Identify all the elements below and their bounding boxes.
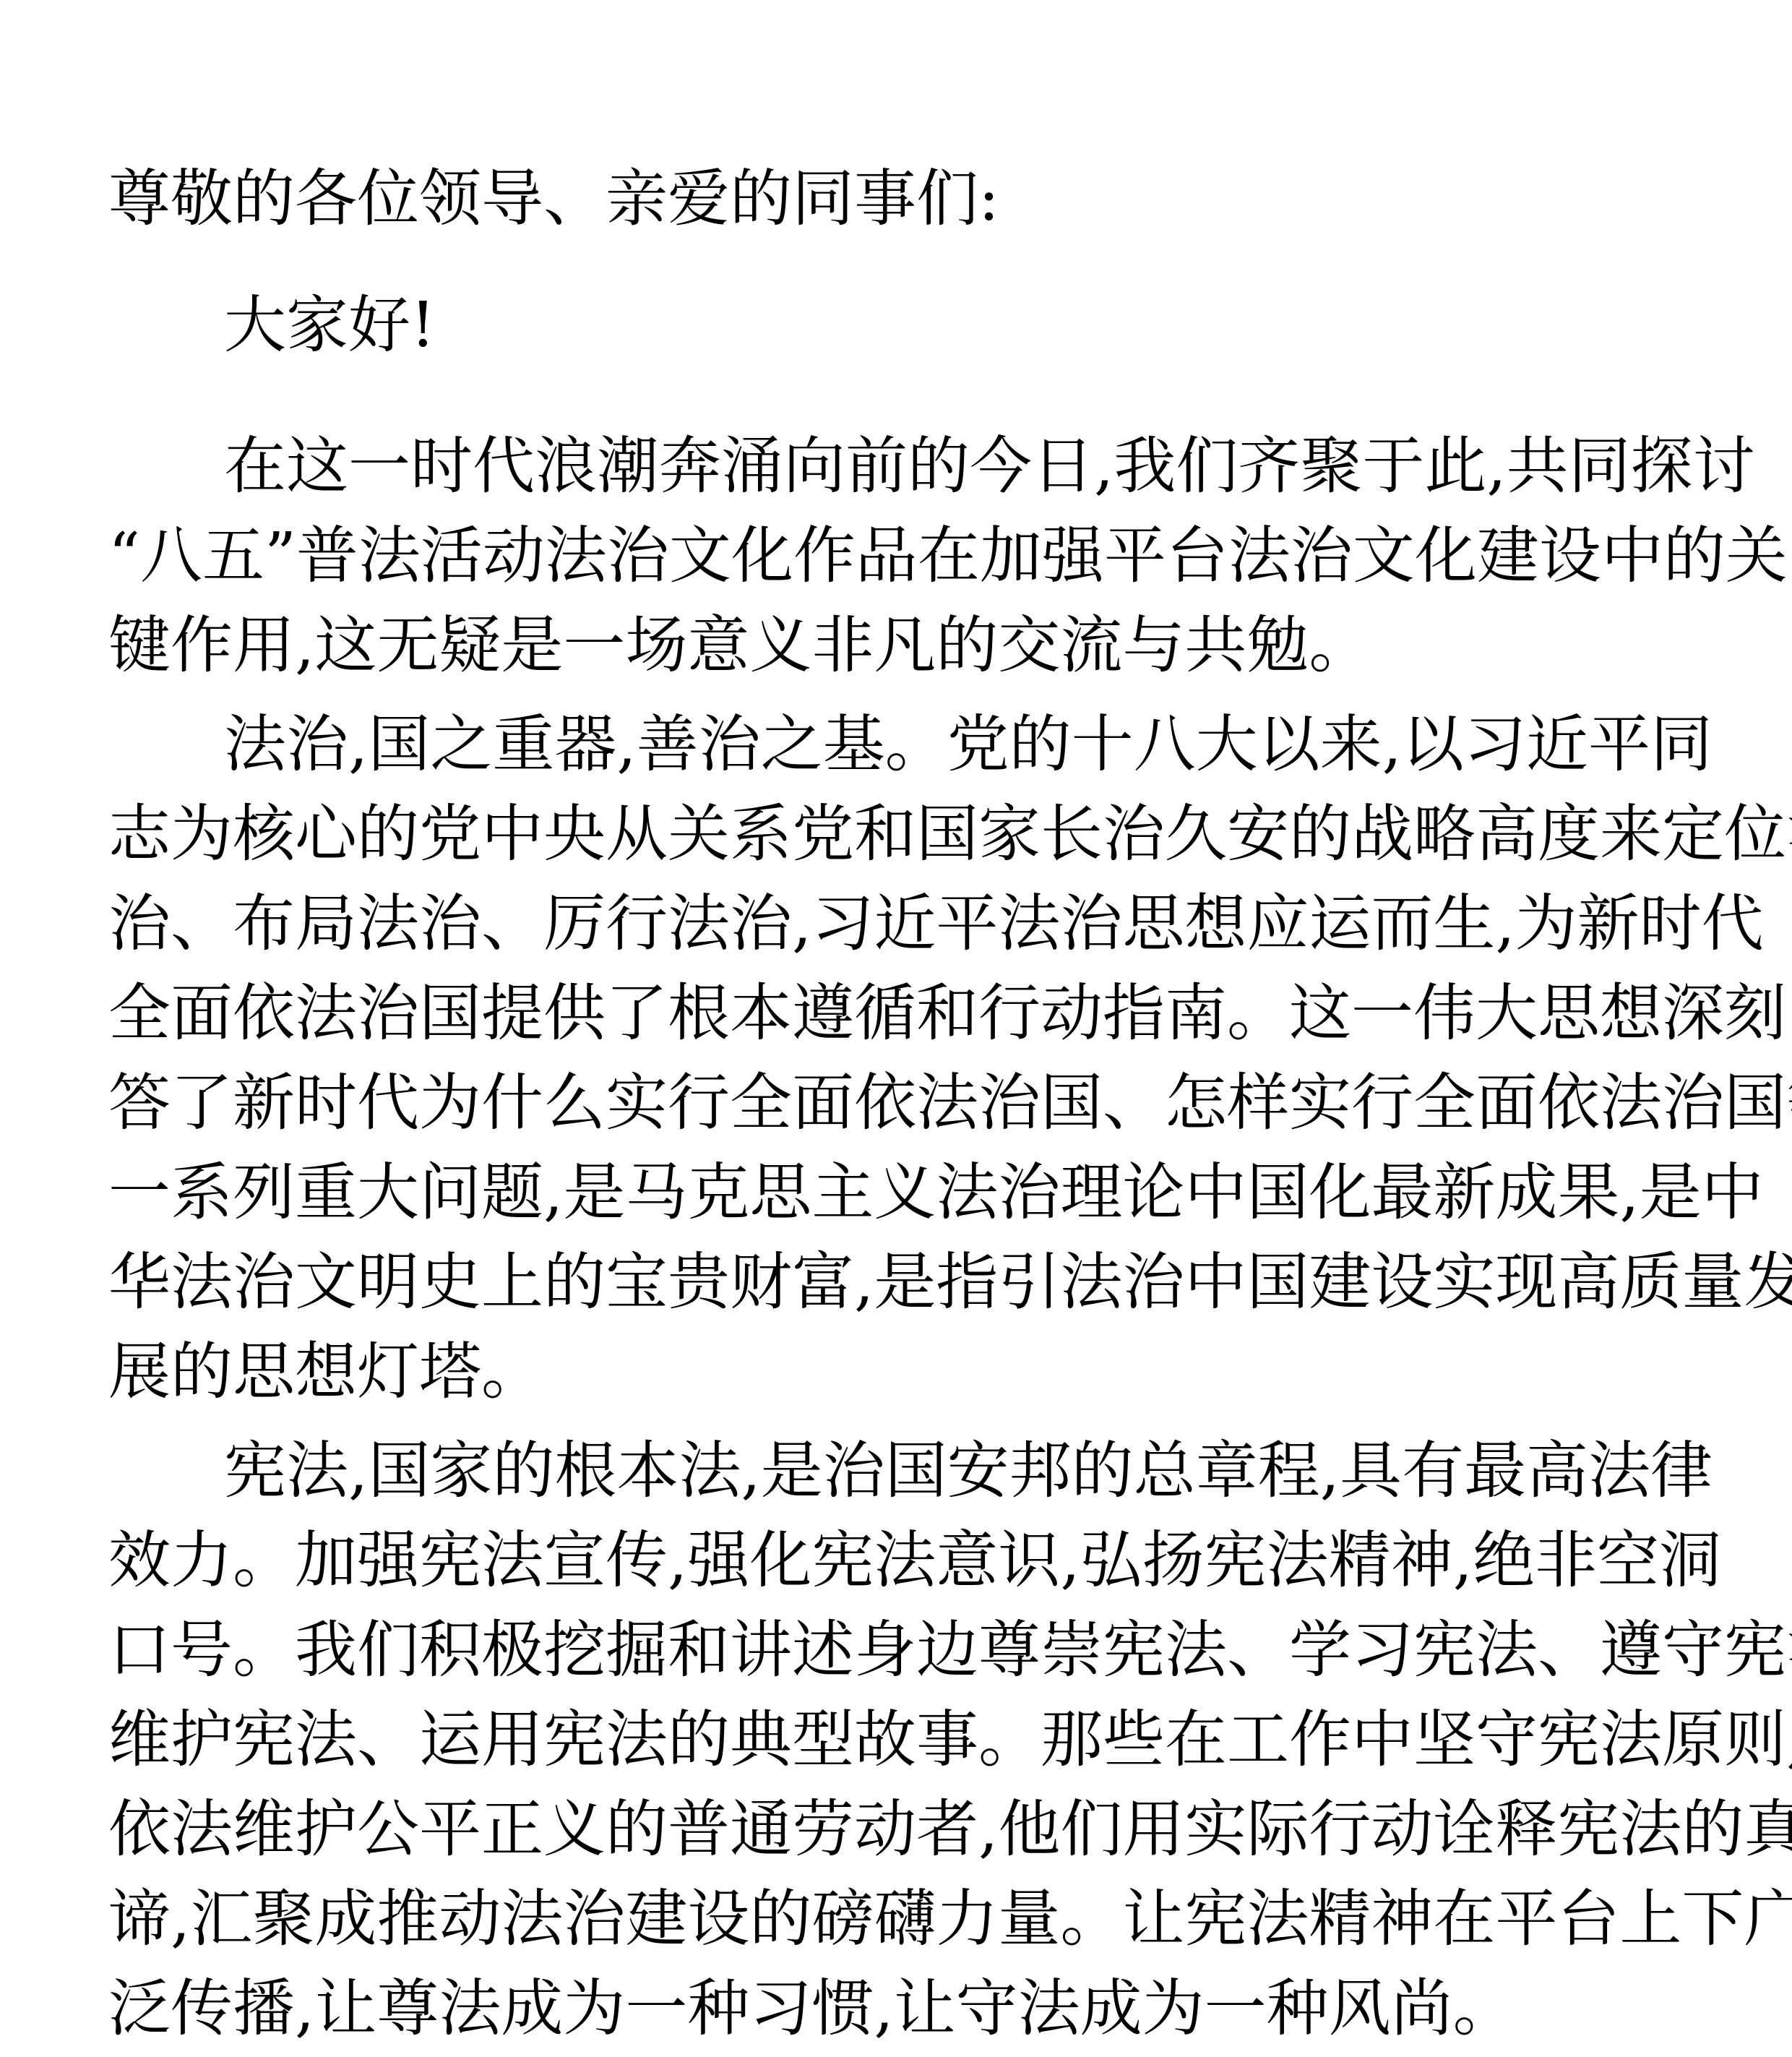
paragraph-2-line-6: 一系列重大问题,是马克思主义法治理论中国化最新成果,是中 [108,1153,1691,1232]
paragraph-2-line-2: 志为核心的党中央从关系党和国家长治久安的战略高度来定位法 [108,794,1691,874]
salutation: 尊敬的各位领导、亲爱的同事们: [108,159,1698,239]
paragraph-1-line-2: “八五”普法活动法治文化作品在加强平台法治文化建设中的关 [108,516,1691,596]
paragraph-2-line-8: 展的思想灯塔。 [108,1332,1698,1412]
paragraph-3-line-7: 泛传播,让尊法成为一种习惯,让守法成为一种风尚。 [108,1969,1698,2048]
paragraph-3-line-6: 谛,汇聚成推动法治建设的磅礴力量。让宪法精神在平台上下广 [108,1879,1691,1959]
paragraph-3-line-4: 维护宪法、运用宪法的典型故事。那些在工作中坚守宪法原则, [108,1700,1691,1779]
paragraph-1-line-1: 在这一时代浪潮奔涌向前的今日,我们齐聚于此,共同探讨 [224,426,1691,506]
paragraph-2-line-4: 全面依法治国提供了根本遵循和行动指南。这一伟大思想深刻回 [108,974,1691,1053]
paragraph-3-line-3: 口号。我们积极挖掘和讲述身边尊崇宪法、学习宪法、遵守宪法、 [108,1610,1691,1690]
paragraph-3-line-1: 宪法,国家的根本法,是治国安邦的总章程,具有最高法律 [224,1431,1691,1511]
paragraph-2-line-3: 治、布局法治、厉行法治,习近平法治思想应运而生,为新时代 [108,884,1691,963]
paragraph-3-line-5: 依法维护公平正义的普通劳动者,他们用实际行动诠释宪法的真 [108,1790,1691,1869]
paragraph-2-line-5: 答了新时代为什么实行全面依法治国、怎样实行全面依法治国等 [108,1063,1691,1143]
paragraph-2-line-1: 法治,国之重器,善治之基。党的十八大以来,以习近平同 [224,705,1691,784]
paragraph-2-line-7: 华法治文明史上的宝贵财富,是指引法治中国建设实现高质量发 [108,1242,1691,1322]
greeting: 大家好! [224,285,1792,365]
paragraph-3-line-2: 效力。加强宪法宣传,强化宪法意识,弘扬宪法精神,绝非空洞 [108,1521,1691,1600]
document-page: 尊敬的各位领导、亲爱的同事们: 大家好! 在这一时代浪潮奔涌向前的今日,我们齐聚… [0,0,1792,2057]
paragraph-1-line-3: 键作用,这无疑是一场意义非凡的交流与共勉。 [108,606,1698,685]
